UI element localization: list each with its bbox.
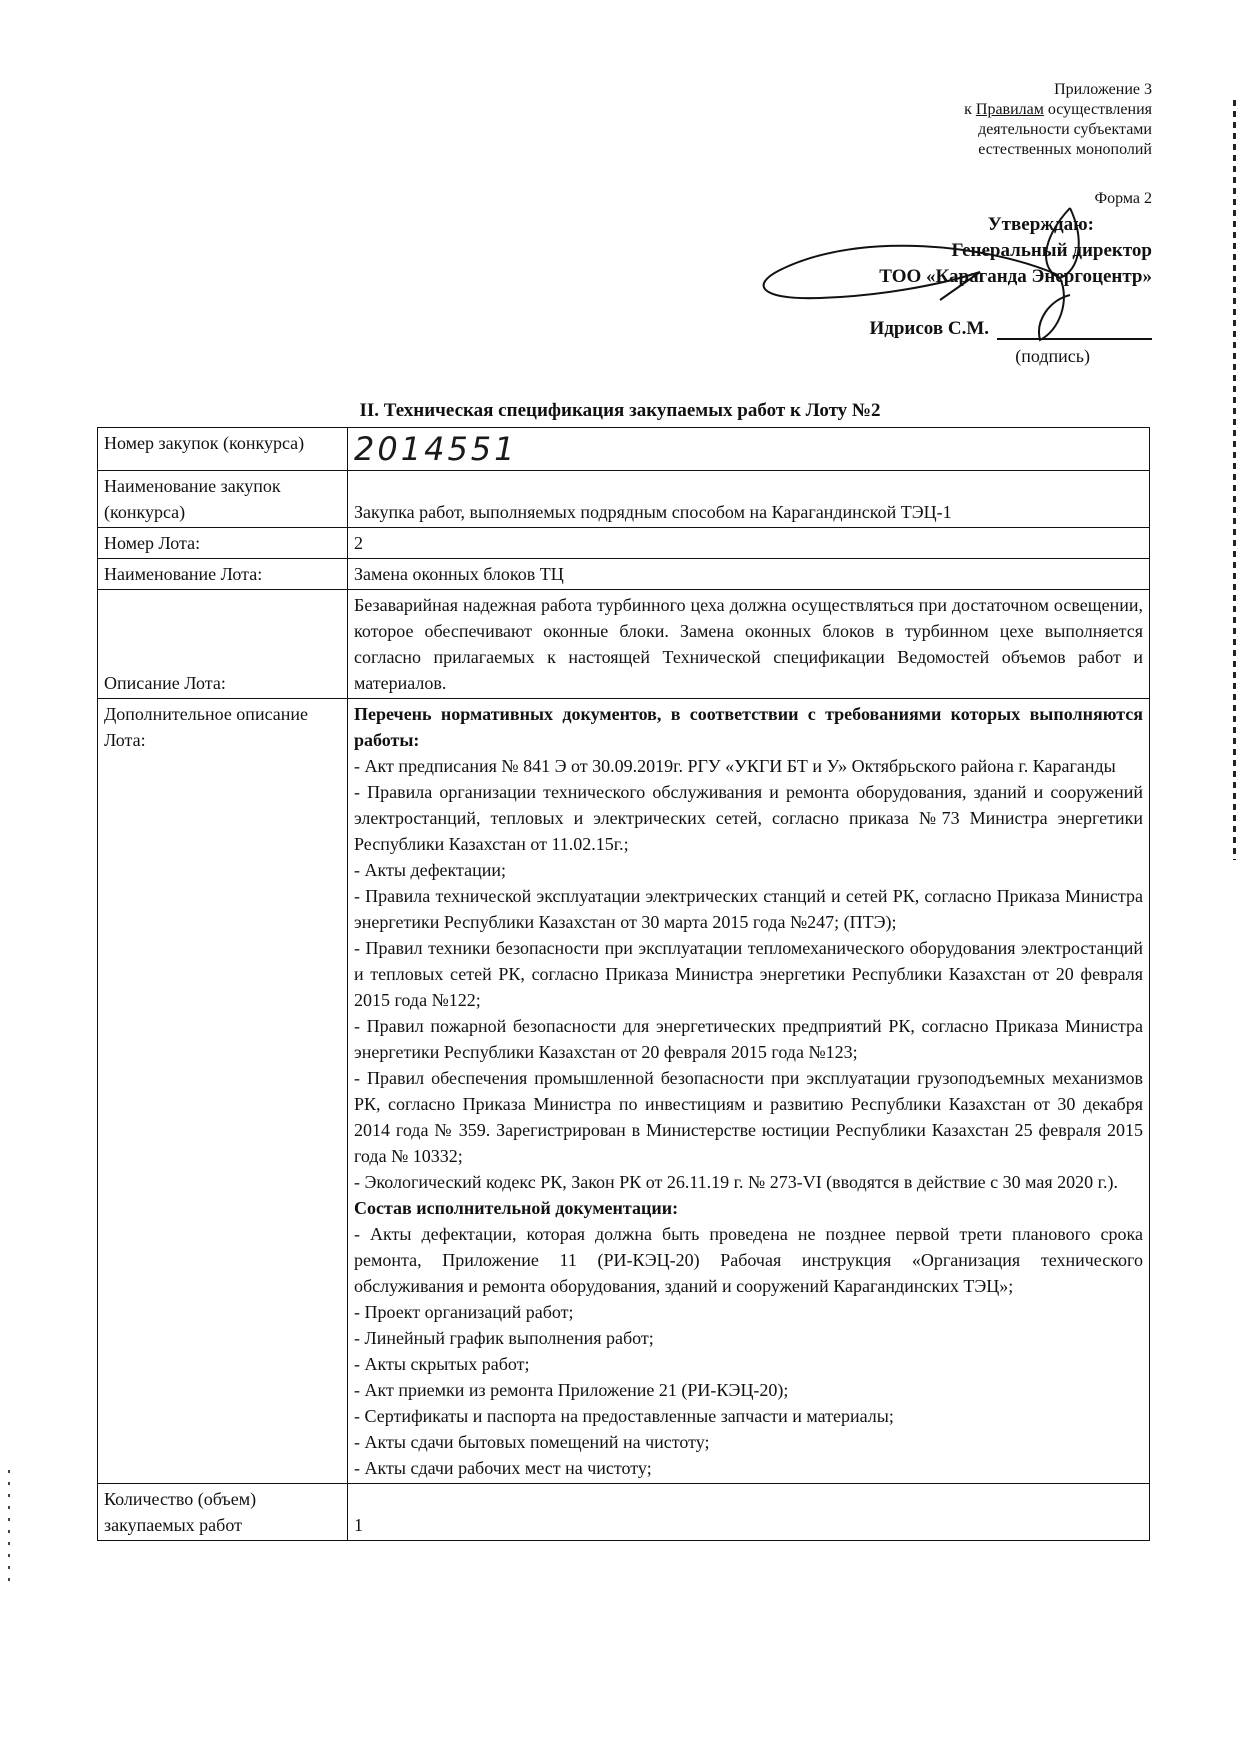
list-item: - Сертификаты и паспорта на предоставлен…	[354, 1403, 1143, 1429]
list-item: - Акт приемки из ремонта Приложение 21 (…	[354, 1377, 1143, 1403]
table-row: Наименование закупок (конкурса) Закупка …	[98, 471, 1150, 528]
annex-line: деятельности субъектами	[964, 120, 1152, 140]
signer-name: Идрисов С.М.	[869, 318, 989, 340]
row-label: Номер закупок (конкурса)	[98, 428, 348, 471]
list-item: - Правил пожарной безопасности для энерг…	[354, 1013, 1143, 1065]
list-item: - Акты сдачи бытовых помещений на чистот…	[354, 1429, 1143, 1455]
annex-prefix: к	[964, 101, 976, 118]
row-label: Дополнительное описание Лота:	[98, 699, 348, 1484]
lot-name: Замена оконных блоков ТЦ	[348, 559, 1150, 590]
annex-line: Приложение 3	[964, 80, 1152, 100]
scan-artifact	[8, 1470, 10, 1590]
list-item: - Правил обеспечения промышленной безопа…	[354, 1065, 1143, 1169]
lot-number: 2	[348, 528, 1150, 559]
list-item: - Правила организации технического обслу…	[354, 779, 1143, 857]
technical-spec-table: Номер закупок (конкурса) 2014551 Наимено…	[97, 427, 1150, 1541]
scan-artifact	[1233, 100, 1236, 860]
lot-additional-description: Перечень нормативных документов, в соотв…	[348, 699, 1150, 1484]
normative-heading: Перечень нормативных документов, в соотв…	[354, 701, 1143, 753]
row-label: Наименование Лота:	[98, 559, 348, 590]
procurement-number: 2014551	[348, 428, 1150, 471]
table-row: Номер закупок (конкурса) 2014551	[98, 428, 1150, 471]
list-item: - Линейный график выполнения работ;	[354, 1325, 1143, 1351]
annex-reference: Приложение 3 к Правилам осуществления де…	[964, 80, 1152, 160]
signature-line	[997, 320, 1152, 340]
annex-suffix: осуществления	[1044, 101, 1152, 118]
table-row: Номер Лота: 2	[98, 528, 1150, 559]
list-item: - Акт предписания № 841 Э от 30.09.2019г…	[354, 753, 1143, 779]
procurement-name: Закупка работ, выполняемых подрядным спо…	[348, 471, 1150, 528]
signer-line: Идрисов С.М.	[869, 318, 1152, 340]
row-label: Номер Лота:	[98, 528, 348, 559]
table-row: Дополнительное описание Лота: Перечень н…	[98, 699, 1150, 1484]
annex-line: естественных монополий	[964, 140, 1152, 160]
list-item: - Проект организаций работ;	[354, 1299, 1143, 1325]
list-item: - Правила технической эксплуатации элект…	[354, 883, 1143, 935]
row-label: Количество (объем) закупаемых работ	[98, 1484, 348, 1541]
rules-link[interactable]: Правилам	[976, 101, 1044, 118]
list-item: - Акты сдачи рабочих мест на чистоту;	[354, 1455, 1143, 1481]
handwritten-value: 2014551	[354, 430, 518, 468]
list-item: - Экологический кодекс РК, Закон РК от 2…	[354, 1169, 1143, 1195]
list-item: - Правил техники безопасности при эксплу…	[354, 935, 1143, 1013]
signature-caption: (подпись)	[1015, 346, 1090, 367]
list-item: - Акты скрытых работ;	[354, 1351, 1143, 1377]
quantity-value: 1	[348, 1484, 1150, 1541]
row-label: Наименование закупок (конкурса)	[98, 471, 348, 528]
list-item: - Акты дефектации;	[354, 857, 1143, 883]
lot-description: Безаварийная надежная работа турбинного …	[348, 590, 1150, 699]
documentation-heading: Состав исполнительной документации:	[354, 1195, 1143, 1221]
table-row: Наименование Лота: Замена оконных блоков…	[98, 559, 1150, 590]
list-item: - Акты дефектации, которая должна быть п…	[354, 1221, 1143, 1299]
table-row: Количество (объем) закупаемых работ 1	[98, 1484, 1150, 1541]
annex-line: к Правилам осуществления	[964, 100, 1152, 120]
table-row: Описание Лота: Безаварийная надежная раб…	[98, 590, 1150, 699]
row-label: Описание Лота:	[98, 590, 348, 699]
section-title: II. Техническая спецификация закупаемых …	[0, 400, 1240, 422]
